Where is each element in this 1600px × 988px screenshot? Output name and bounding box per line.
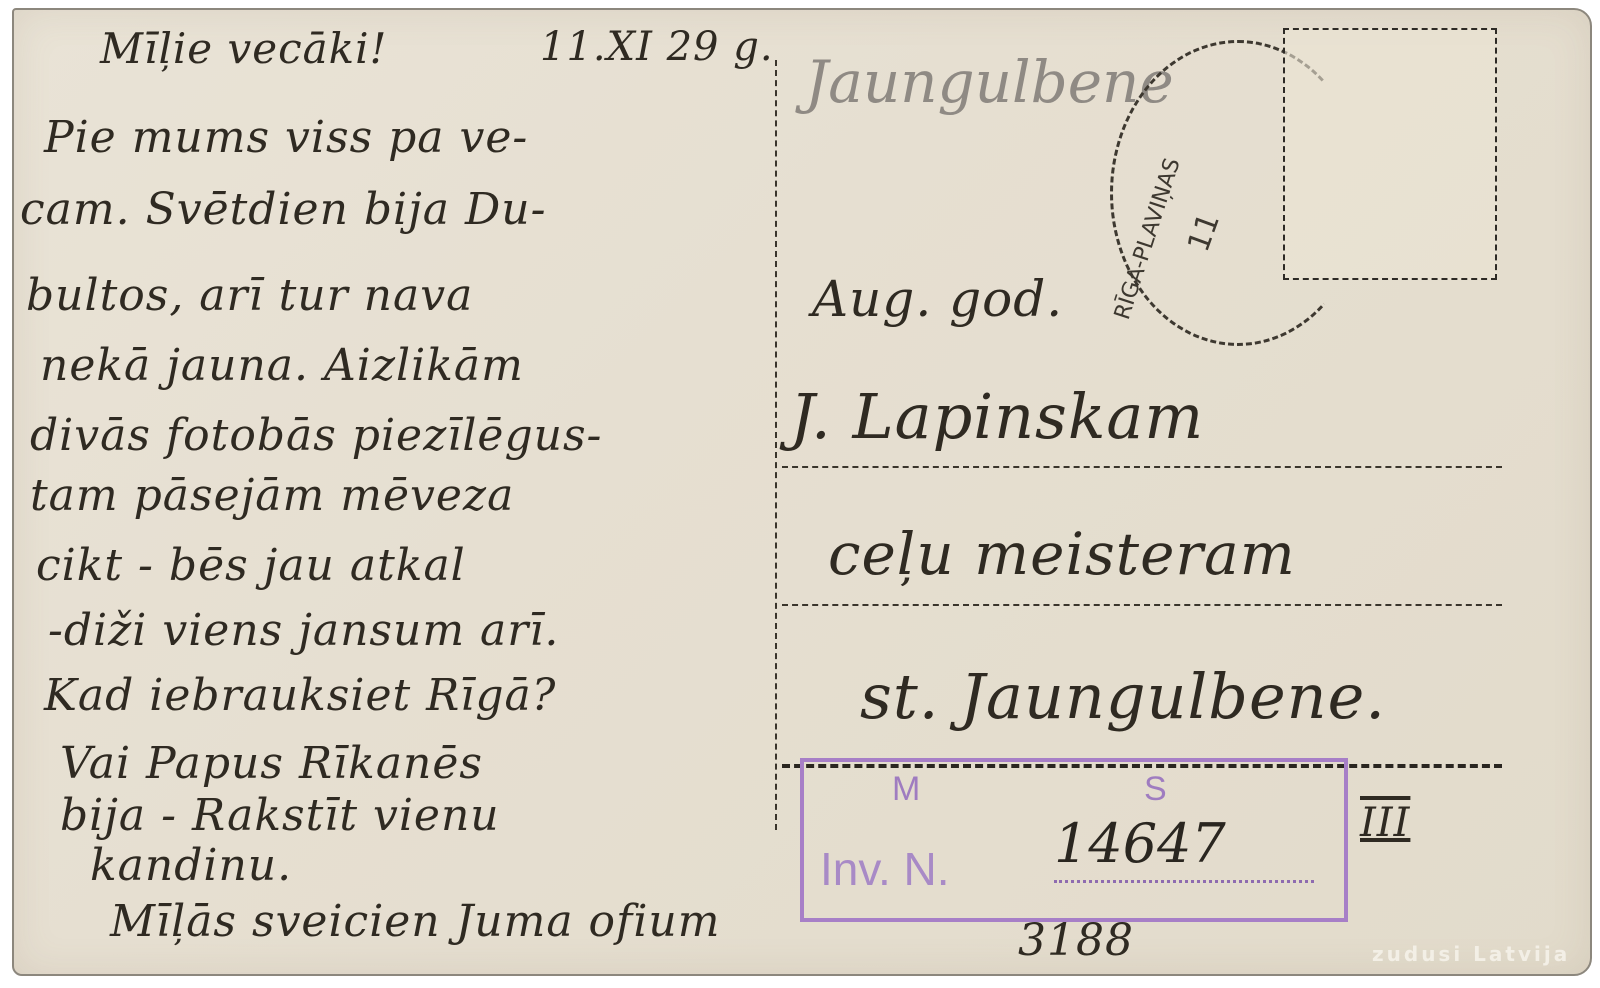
message-line: -diži viens jansum arī. bbox=[48, 605, 559, 656]
vertical-divider bbox=[775, 60, 777, 830]
recipient-place: st. Jaungulbene. bbox=[860, 660, 1386, 733]
address-line bbox=[782, 466, 1502, 468]
address-line bbox=[782, 604, 1502, 606]
message-line: tam pāsejām mēveza bbox=[30, 470, 514, 521]
letter-date: 11.XI 29 g. bbox=[540, 24, 774, 70]
salutation: Mīļie vecāki! bbox=[100, 24, 387, 73]
inventory-label: Inv. N. bbox=[820, 842, 950, 896]
address-title: Aug. god. bbox=[812, 270, 1063, 328]
recipient-name: J. Lapinskam bbox=[790, 380, 1204, 453]
inventory-stamp: M S Inv. N. 14647 bbox=[800, 758, 1348, 922]
message-line: nekā jauna. Aizlikām bbox=[40, 340, 524, 391]
message-line: Kad iebrauksiet Rīgā? bbox=[44, 670, 556, 721]
stamp-placeholder bbox=[1283, 28, 1497, 280]
inventory-stamp-header-right: S bbox=[1144, 770, 1167, 809]
pencil-note: Jaungulbene bbox=[805, 48, 1174, 116]
message-line: kandinu. bbox=[90, 840, 292, 891]
message-line: Vai Papus Rīkanēs bbox=[60, 738, 483, 789]
message-line: bija - Rakstīt vienu bbox=[60, 790, 500, 841]
message-line: Pie mums viss pa ve- bbox=[44, 112, 528, 163]
message-line: cikt - bēs jau atkal bbox=[36, 540, 466, 591]
inventory-dotted-line bbox=[1054, 880, 1314, 883]
message-line: cam. Svētdien bija Du- bbox=[20, 184, 546, 235]
watermark: zudusi Latvija bbox=[1372, 942, 1570, 966]
inventory-number: 14647 bbox=[1054, 812, 1226, 875]
bottom-number: 3188 bbox=[1018, 915, 1134, 966]
inventory-stamp-header-left: M bbox=[892, 770, 920, 809]
message-line: divās fotobās piezīlēgus- bbox=[30, 410, 602, 461]
recipient-occupation: ceļu meisteram bbox=[828, 520, 1296, 588]
message-line: bultos, arī tur nava bbox=[26, 270, 473, 321]
message-line: Mīļās sveicien Juma ofium bbox=[110, 896, 720, 947]
roman-numeral: III bbox=[1360, 800, 1410, 846]
